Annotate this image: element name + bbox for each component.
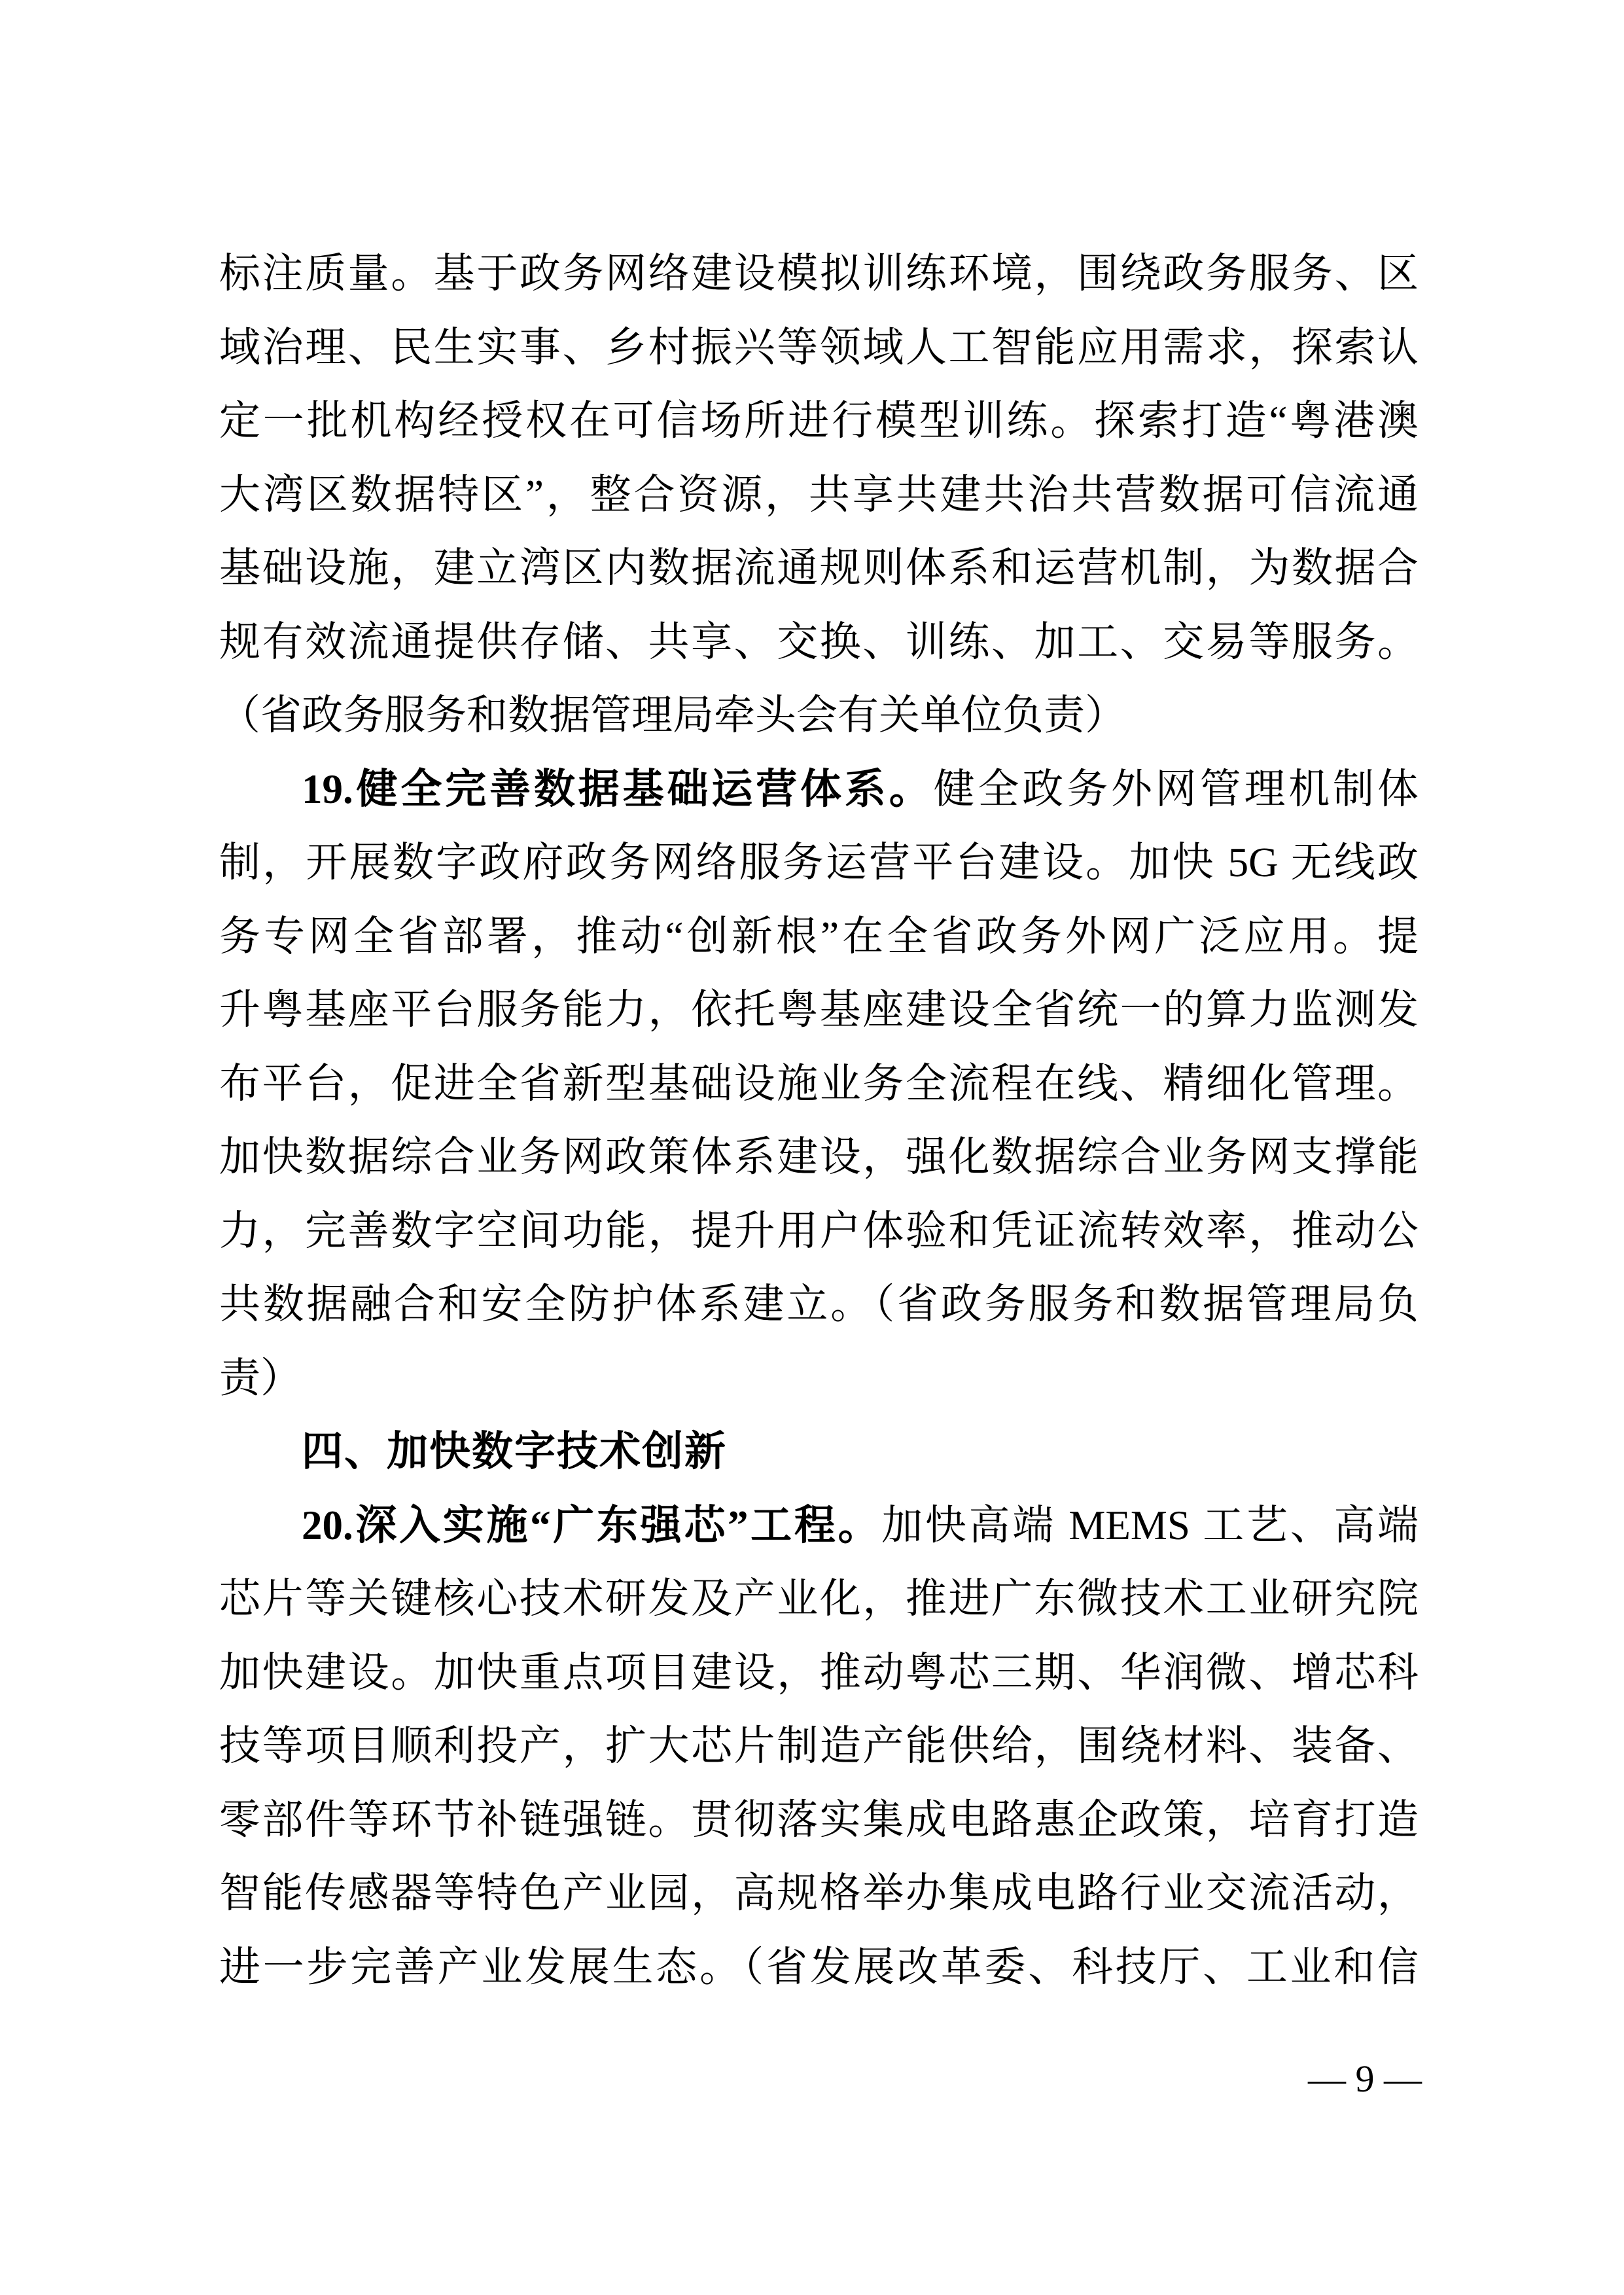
text-line: （省政务服务和数据管理局牵头会有关单位负责） [219, 679, 1419, 753]
text-line: 定一批机构经授权在可信场所进行模型训练。探索打造“粤港澳 [219, 384, 1419, 458]
text-line: 加快数据综合业务网政策体系建设，强化数据综合业务网支撑能 [219, 1120, 1419, 1194]
text-line: 智能传感器等特色产业园，高规格举办集成电路行业交流活动， [219, 1857, 1419, 1930]
document-page: 标注质量。基于政务网络建设模拟训练环境，围绕政务服务、区 域治理、民生实事、乡村… [0, 0, 1624, 2295]
text-line: 19.健全完善数据基础运营体系。健全政务外网管理机制体 [219, 753, 1419, 827]
text-line: 升粤基座平台服务能力，依托粤基座建设全省统一的算力监测发 [219, 973, 1419, 1047]
section-heading: 四、加快数字技术创新 [219, 1415, 1419, 1489]
text-line: 责） [219, 1342, 1419, 1415]
text-line: 芯片等关键核心技术研发及产业化，推进广东微技术工业研究院 [219, 1562, 1419, 1636]
text-line: 20.深入实施“广东强芯”工程。加快高端 MEMS 工艺、高端 [219, 1489, 1419, 1563]
text-line: 规有效流通提供存储、共享、交换、训练、加工、交易等服务。 [219, 605, 1419, 679]
paragraph-lead-bold: 19.健全完善数据基础运营体系。 [302, 766, 934, 812]
text-line: 标注质量。基于政务网络建设模拟训练环境，围绕政务服务、区 [219, 237, 1419, 311]
text-line: 进一步完善产业发展生态。（省发展改革委、科技厅、工业和信 [219, 1930, 1419, 2004]
text-line: 基础设施，建立湾区内数据流通规则体系和运营机制，为数据合 [219, 531, 1419, 605]
text-line: 制，开展数字政府政务网络服务运营平台建设。加快 5G 无线政 [219, 826, 1419, 900]
text-line: 务专网全省部署，推动“创新根”在全省政务外网广泛应用。提 [219, 900, 1419, 974]
page-number: — 9 — [1308, 2058, 1422, 2100]
paragraph-lead-bold: 20.深入实施“广东强芯”工程。 [302, 1503, 881, 1548]
text-line: 技等项目顺利投产，扩大芯片制造产能供给，围绕材料、装备、 [219, 1709, 1419, 1783]
text-line: 共数据融合和安全防护体系建立。（省政务服务和数据管理局负 [219, 1268, 1419, 1342]
text-line: 零部件等环节补链强链。贯彻落实集成电路惠企政策，培育打造 [219, 1783, 1419, 1857]
text-line: 布平台，促进全省新型基础设施业务全流程在线、精细化管理。 [219, 1047, 1419, 1121]
paragraph-lead-text: 健全政务外网管理机制体 [934, 766, 1419, 812]
text-block: 标注质量。基于政务网络建设模拟训练环境，围绕政务服务、区 域治理、民生实事、乡村… [219, 237, 1419, 2004]
paragraph-lead-text: 加快高端 MEMS 工艺、高端 [881, 1503, 1419, 1548]
text-line: 力，完善数字空间功能，提升用户体验和凭证流转效率，推动公 [219, 1194, 1419, 1268]
text-line: 域治理、民生实事、乡村振兴等领域人工智能应用需求，探索认 [219, 311, 1419, 385]
text-line: 加快建设。加快重点项目建设，推动粤芯三期、华润微、增芯科 [219, 1636, 1419, 1710]
text-line: 大湾区数据特区”，整合资源，共享共建共治共营数据可信流通 [219, 458, 1419, 532]
